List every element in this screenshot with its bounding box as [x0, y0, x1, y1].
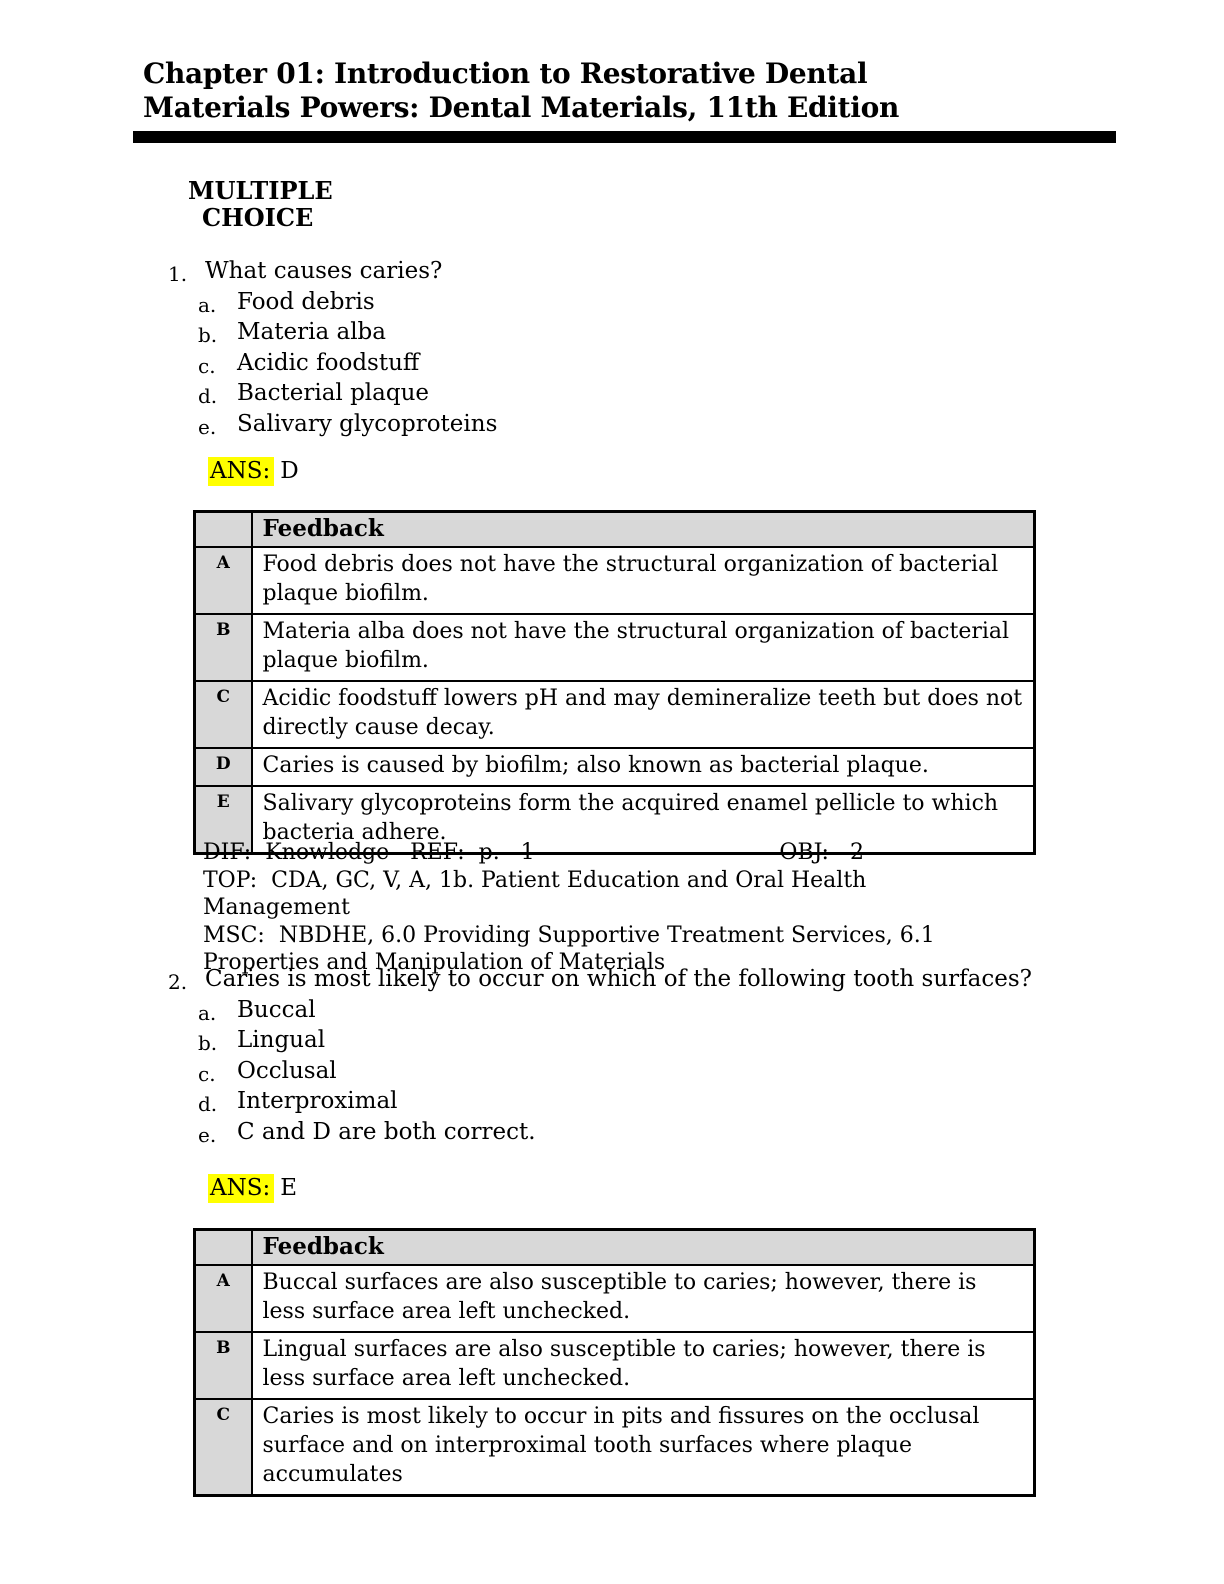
divider-rule [133, 131, 1116, 143]
option-text: Buccal [237, 997, 316, 1028]
answer-label-highlight: ANS: [208, 457, 274, 486]
option-row: d. Bacterial plaque [198, 380, 497, 411]
answer-line-2: ANS:E [208, 1175, 297, 1202]
option-row: a. Food debris [198, 289, 497, 320]
answer-value: D [280, 458, 298, 484]
option-row: b. Materia alba [198, 319, 497, 350]
feedback-header-cell: Feedback [252, 1230, 1035, 1266]
section-label: MULTIPLE CHOICE [188, 177, 333, 231]
feedback-letter-cell: B [195, 614, 252, 681]
feedback-header-cell: Feedback [252, 512, 1035, 548]
option-text: Food debris [237, 289, 375, 320]
feedback-letter-cell: A [195, 547, 252, 614]
feedback-letter-cell: A [195, 1265, 252, 1332]
option-row: b. Lingual [198, 1027, 1032, 1058]
feedback-letter-cell: D [195, 748, 252, 786]
question-number: 1. [168, 258, 205, 289]
feedback-text-cell: Acidic foodstuff lowers pH and may demin… [252, 681, 1035, 748]
option-text: Interproximal [237, 1088, 398, 1119]
option-letter: b. [198, 319, 237, 350]
option-letter: a. [198, 289, 237, 320]
feedback-row: A Buccal surfaces are also susceptible t… [195, 1265, 1035, 1332]
option-row: e. Salivary glycoproteins [198, 411, 497, 442]
option-text: C and D are both correct. [237, 1119, 536, 1150]
question-1-options: a. Food debris b. Materia alba c. Acidic… [198, 289, 497, 442]
feedback-text-cell: Materia alba does not have the structura… [252, 614, 1035, 681]
option-text: Materia alba [237, 319, 386, 350]
metadata-line-dif: DIF: Knowledge REF: p. 1 OBJ: 2 [203, 839, 1018, 867]
feedback-row: A Food debris does not have the structur… [195, 547, 1035, 614]
question-2-head: 2. Caries is most likely to occur on whi… [168, 966, 1032, 997]
feedback-row: C Caries is most likely to occur in pits… [195, 1399, 1035, 1496]
option-letter: b. [198, 1027, 237, 1058]
question-1-metadata: DIF: Knowledge REF: p. 1 OBJ: 2 TOP: CDA… [203, 839, 1018, 977]
page-title-line1: Chapter 01: Introduction to Restorative … [143, 57, 899, 91]
option-row: c. Occlusal [198, 1058, 1032, 1089]
question-text: Caries is most likely to occur on which … [205, 966, 1032, 997]
answer-line-1: ANS:D [208, 458, 299, 485]
feedback-text-cell: Lingual surfaces are also susceptible to… [252, 1332, 1035, 1399]
feedback-text-cell: Food debris does not have the structural… [252, 547, 1035, 614]
option-row: a. Buccal [198, 997, 1032, 1028]
feedback-corner-cell [195, 1230, 252, 1266]
feedback-row: C Acidic foodstuff lowers pH and may dem… [195, 681, 1035, 748]
option-letter: a. [198, 997, 237, 1028]
option-text: Acidic foodstuff [237, 350, 419, 381]
section-label-line1: MULTIPLE [188, 177, 333, 204]
option-letter: d. [198, 1088, 237, 1119]
option-letter: c. [198, 1058, 237, 1089]
feedback-row: D Caries is caused by biofilm; also know… [195, 748, 1035, 786]
option-text: Bacterial plaque [237, 380, 429, 411]
feedback-header-row: Feedback [195, 1230, 1035, 1266]
option-text: Lingual [237, 1027, 325, 1058]
option-letter: e. [198, 1119, 237, 1150]
feedback-letter-cell: B [195, 1332, 252, 1399]
option-row: c. Acidic foodstuff [198, 350, 497, 381]
question-1-head: 1. What causes caries? [168, 258, 497, 289]
option-text: Occlusal [237, 1058, 337, 1089]
page-title-line2: Materials Powers: Dental Materials, 11th… [143, 91, 899, 125]
feedback-corner-cell [195, 512, 252, 548]
question-2-options: a. Buccal b. Lingual c. Occlusal d. Inte… [198, 997, 1032, 1150]
metadata-line-top: TOP: CDA, GC, V, A, 1b. Patient Educatio… [203, 867, 1018, 922]
feedback-letter-cell: C [195, 681, 252, 748]
option-row: e. C and D are both correct. [198, 1119, 1032, 1150]
section-label-line2: CHOICE [188, 204, 333, 231]
answer-label-highlight: ANS: [208, 1174, 274, 1203]
option-text: Salivary glycoproteins [237, 411, 497, 442]
option-row: d. Interproximal [198, 1088, 1032, 1119]
feedback-table-2: Feedback A Buccal surfaces are also susc… [193, 1228, 1036, 1497]
page-title: Chapter 01: Introduction to Restorative … [143, 57, 899, 125]
feedback-row: B Materia alba does not have the structu… [195, 614, 1035, 681]
feedback-text-cell: Caries is most likely to occur in pits a… [252, 1399, 1035, 1496]
feedback-text-cell: Caries is caused by biofilm; also known … [252, 748, 1035, 786]
option-letter: e. [198, 411, 237, 442]
feedback-row: B Lingual surfaces are also susceptible … [195, 1332, 1035, 1399]
question-2: 2. Caries is most likely to occur on whi… [168, 966, 1032, 1150]
question-1: 1. What causes caries? a. Food debris b.… [168, 258, 497, 442]
option-letter: c. [198, 350, 237, 381]
feedback-text-cell: Buccal surfaces are also susceptible to … [252, 1265, 1035, 1332]
feedback-letter-cell: C [195, 1399, 252, 1496]
feedback-header-row: Feedback [195, 512, 1035, 548]
question-number: 2. [168, 966, 205, 997]
question-text: What causes caries? [205, 258, 442, 289]
answer-value: E [280, 1175, 297, 1201]
feedback-table-1: Feedback A Food debris does not have the… [193, 510, 1036, 855]
option-letter: d. [198, 380, 237, 411]
